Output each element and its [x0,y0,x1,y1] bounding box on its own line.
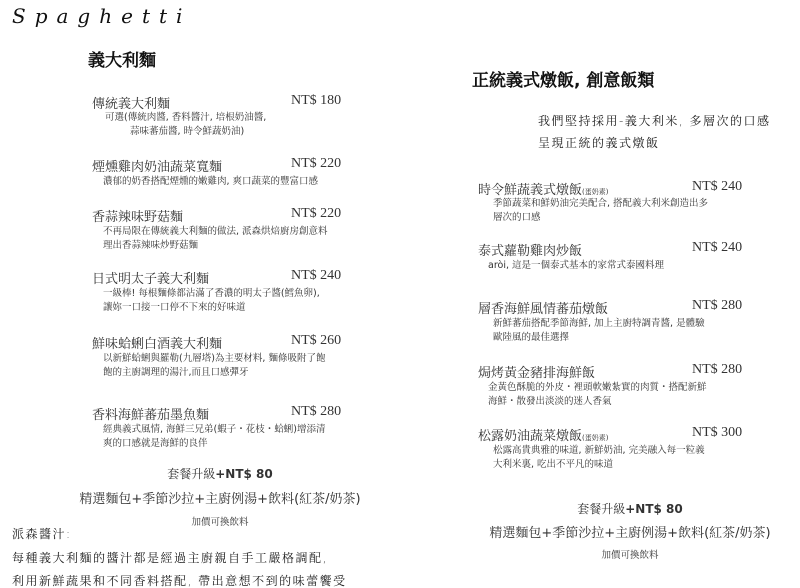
item-desc: 飽的主廚調理的湯汁,而且口感彈牙 [103,366,249,380]
item-desc: 金黃色酥脆的外皮・裡頭軟嫩紮實的肉質・搭配新鮮 [488,381,707,395]
upgrade-note: 加價可換飲料 [80,514,360,528]
item-desc: 大利米裏, 吃出不平凡的味道 [493,458,613,472]
pasta-section-title: 義大利麵 [88,46,156,71]
sauce-note-line: 每種義大利麵的醬汁都是經過主廚親自手工嚴格調配, [12,549,328,566]
item-name: 泰式蘿勒雞肉炒飯 [478,240,582,259]
item-desc: 理出香蒜辣味炒野菇麵 [103,239,198,253]
upgrade-label: 套餐升級 [577,502,625,516]
item-desc: 歐陸風的最佳選擇 [493,331,569,345]
item-desc: 濃郁的奶香搭配煙燻的嫩雞肉, 爽口蔬菜的豐富口感 [103,175,318,189]
item-desc: 經典義式風情, 海鮮三兄弟(蝦子・花枝・蛤蜊)增添清 [103,423,325,437]
item-name: 時令鮮蔬義式燉飯(蛋奶素) [478,179,608,198]
item-price: NT$ 260 [291,333,341,349]
upgrade-contents: 精選麵包+季節沙拉+主廚例湯+飲料(紅茶/奶茶) [480,522,780,541]
item-name-text: 時令鮮蔬義式燉飯 [478,183,582,198]
item-desc: 蒜味蕃茄醬, 時令鮮蔬奶油) [130,125,244,139]
item-desc: 爽的口感就是海鮮的良伴 [103,437,208,451]
item-desc: aròi, 這是一個泰式基本的家常式泰國料理 [488,259,664,273]
item-name: 煙燻雞肉奶油蔬菜寬麵 [92,156,222,175]
item-name: 焗烤黃金豬排海鮮飯 [478,362,595,381]
item-name: 香蒜辣味野菇麵 [92,206,183,225]
upgrade-contents: 精選麵包+季節沙拉+主廚例湯+飲料(紅茶/奶茶) [70,488,370,507]
item-desc: 層次的口感 [493,211,541,225]
item-name: 傳統義大利麵 [92,93,170,112]
item-price: NT$ 300 [692,425,742,441]
vegetarian-tag: (蛋奶素) [582,434,608,442]
item-price: NT$ 280 [291,404,341,420]
item-price: NT$ 180 [291,93,341,109]
item-desc: 不再局限在傳統義大利麵的做法, 派森烘焙廚房創意料 [103,225,328,239]
item-name: 松露奶油蔬菜燉飯(蛋奶素) [478,425,608,444]
risotto-intro-line: 呈現正統的義式燉飯 [538,134,660,151]
item-desc: 松露高貴典雅的味道, 新鮮奶油, 完美融入每一粒義 [493,444,705,458]
vegetarian-tag: (蛋奶素) [582,188,608,196]
item-desc: 新鮮蕃茄搭配季節海鮮, 加上主廚特調青醬, 是體驗 [493,317,705,331]
item-price: NT$ 280 [692,298,742,314]
item-name: 日式明太子義大利麵 [92,268,209,287]
item-desc: 可選(傳統肉醬, 香料醬汁, 培根奶油醬, [105,111,266,125]
item-price: NT$ 240 [291,268,341,284]
item-price: NT$ 240 [692,179,742,195]
spaghetti-script-title: Spaghetti [12,4,191,28]
upgrade-price-line: 套餐升級+NT$ 80 [500,500,760,517]
sauce-note-title: 派森醬汁: [12,525,72,542]
item-name-text: 松露奶油蔬菜燉飯 [478,429,582,444]
item-desc: 讓妳一口接一口停不下來的好味道 [103,301,246,315]
upgrade-note: 加價可換飲料 [500,547,760,561]
upgrade-price: +NT$ 80 [625,502,683,516]
risotto-section-title: 正統義式燉飯, 創意飯類 [472,66,654,91]
sauce-note-line: 利用新鮮蔬果和不同香料搭配, 帶出意想不到的味蕾饗受 [12,572,347,588]
item-price: NT$ 220 [291,156,341,172]
item-desc: 海鮮・散發出淡淡的迷人香氣 [488,395,612,409]
item-name: 香料海鮮蕃茄墨魚麵 [92,404,209,423]
risotto-intro-line: 我們堅持採用-義大利米, 多層次的口感 [538,112,770,129]
item-desc: 以新鮮蛤蜊與羅勒(九層塔)為主要材料, 麵條吸附了飽 [103,352,325,366]
upgrade-label: 套餐升級 [167,467,215,481]
item-price: NT$ 240 [692,240,742,256]
upgrade-price-line: 套餐升級+NT$ 80 [80,465,360,482]
item-desc: 季節蔬菜和鮮奶油完美配合, 搭配義大利米創造出多 [493,197,708,211]
item-price: NT$ 220 [291,206,341,222]
item-desc: 一級棒! 每根麵條都沾滿了香濃的明太子醬(鱈魚卵), [103,287,320,301]
item-name: 層香海鮮風情蕃茄燉飯 [478,298,608,317]
upgrade-price: +NT$ 80 [215,467,273,481]
item-name: 鮮味蛤蜊白酒義大利麵 [92,333,222,352]
item-price: NT$ 280 [692,362,742,378]
